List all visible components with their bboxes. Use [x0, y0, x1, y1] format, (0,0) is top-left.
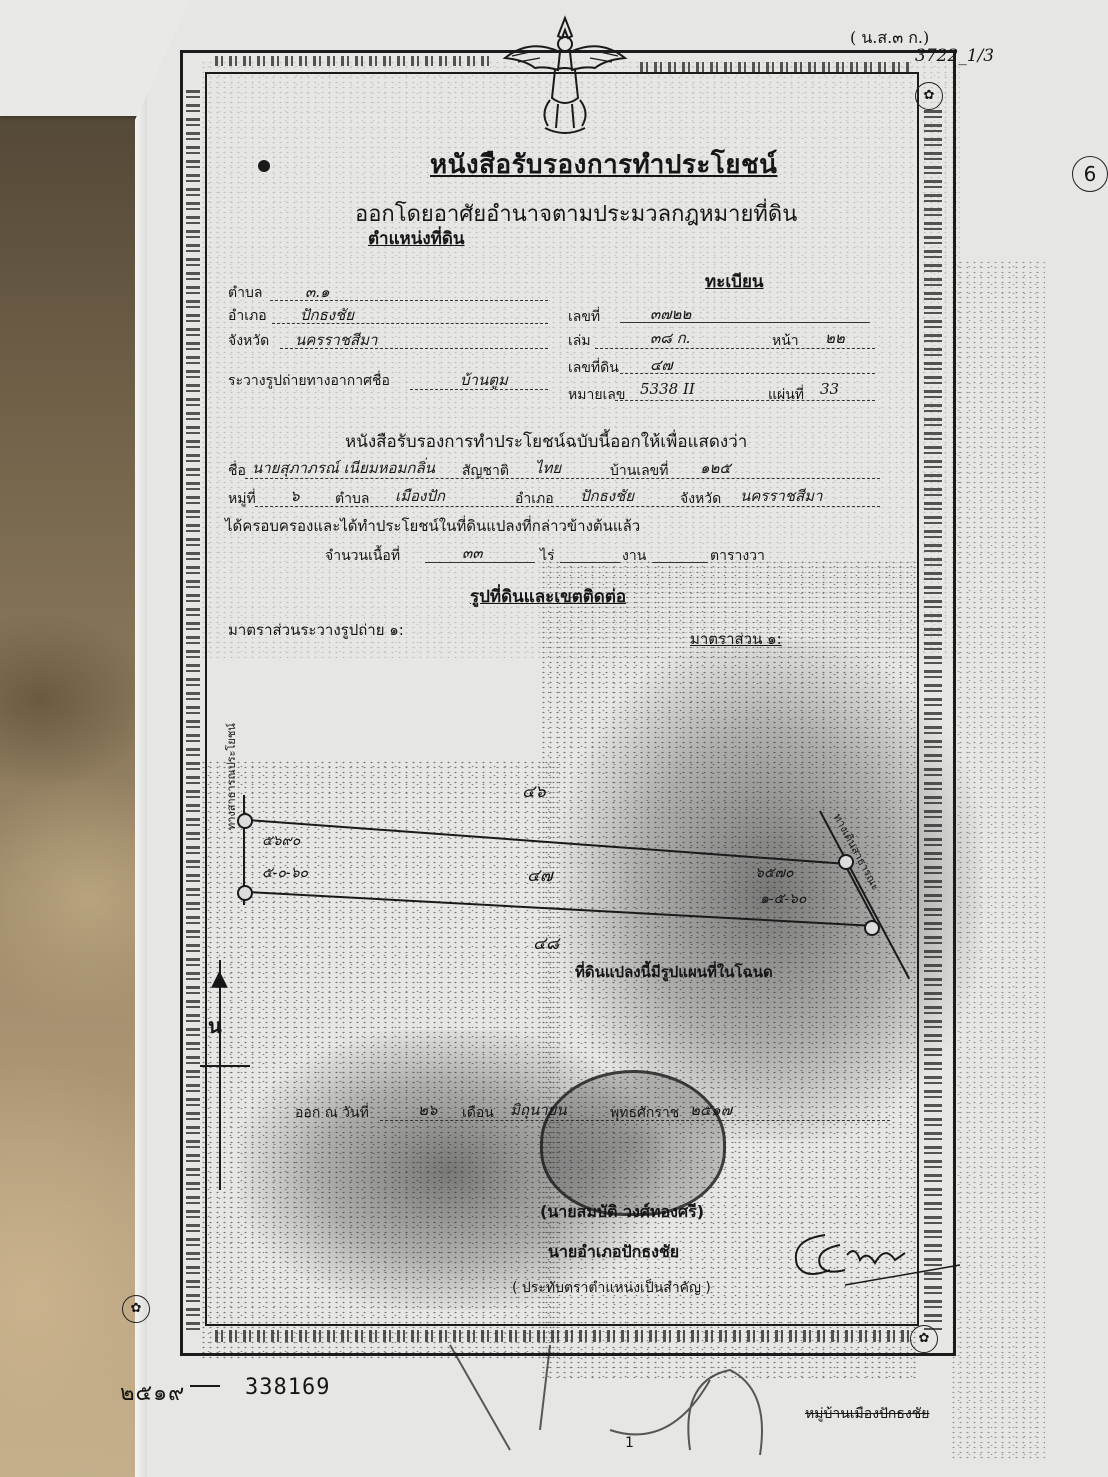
- issued-date-label: ออก ณ วันที่: [295, 1102, 369, 1124]
- page-mark-circle: 6: [1072, 156, 1108, 192]
- bullet-dot: [258, 160, 270, 172]
- map-scale-label: มาตราส่วน ๑:: [690, 627, 782, 651]
- square-wa-label: ตารางวา: [710, 545, 765, 567]
- tambon-label: ตำบล: [228, 282, 262, 304]
- north-arrow-shaft: [219, 960, 221, 1190]
- fill-line: [652, 562, 708, 563]
- reg-number-label: เลขที่: [568, 306, 600, 328]
- boundary-marker-icon: [237, 885, 253, 901]
- border-ornament-left: [186, 90, 200, 1330]
- fill-line: [280, 348, 548, 349]
- province-label: จังหวัด: [228, 330, 269, 352]
- name-label: ชื่อ: [228, 460, 246, 482]
- left-note-2: ๕-๐-๖๐: [262, 862, 308, 884]
- possession-statement: ได้ครอบครองและได้ทำประโยชน์ในที่ดินแปลงท…: [225, 514, 640, 538]
- land-location-heading: ตำแหน่งที่ดิน: [368, 225, 465, 252]
- map-remark: ที่ดินแปลงนี้มีรูปแผนที่ในโฉนด: [575, 960, 773, 984]
- corner-seal-icon: ✿: [915, 82, 943, 110]
- sheet-number-label: แผ่นที่: [768, 384, 804, 406]
- book-value: ๓๘ ก.: [650, 326, 690, 350]
- parcel-center-number: ๔๗: [527, 862, 553, 889]
- boundary-marker-icon: [864, 920, 880, 936]
- map-heading: รูปที่ดินและเขตติดต่อ: [470, 583, 626, 610]
- fill-line: [272, 323, 548, 324]
- border-ornament-top: [215, 56, 495, 66]
- holder-name: นายสุภาภรณ์ เนียมหอมกลิ่น: [252, 456, 435, 480]
- ngan-label: งาน: [622, 545, 646, 567]
- file-reference: 3722_1/3: [915, 46, 994, 66]
- right-note-1: ๖๕๗๐: [755, 862, 794, 884]
- serial-prefix: ๒๕๑๙: [120, 1375, 185, 1410]
- north-arrow-icon: ▲: [211, 965, 228, 991]
- north-label: น: [208, 1010, 222, 1042]
- fill-line: [245, 478, 880, 479]
- pen-marks: [430, 1340, 790, 1460]
- cert-tambon-value: เมืองปัก: [395, 484, 445, 508]
- fill-line: [620, 322, 870, 323]
- right-note-2: ๑-๕-๖๐: [760, 888, 806, 910]
- signature-scribble: [785, 1225, 965, 1305]
- corner-seal-icon: ✿: [122, 1295, 150, 1323]
- fill-line: [620, 373, 875, 374]
- serial-number: 338169: [245, 1375, 330, 1400]
- certification-intro: หนังสือรับรองการทำประโยชน์ฉบับนี้ออกให้เ…: [345, 428, 747, 455]
- area-label: จำนวนเนื้อที่: [325, 545, 400, 567]
- sheet-code-value: 5338 II: [640, 380, 695, 398]
- nationality-value: ไทย: [535, 456, 561, 480]
- sheet-number-value: 33: [820, 380, 839, 398]
- west-road-label: ทางสาธารณประโยชน์: [222, 723, 240, 830]
- fill-line: [255, 506, 880, 507]
- land-number-label: เลขที่ดิน: [568, 357, 619, 379]
- fill-line: [595, 348, 875, 349]
- cert-province-value: นครราชสีมา: [740, 484, 822, 508]
- seal-note: ( ประทับตราตำแหน่งเป็นสำคัญ ): [512, 1277, 711, 1299]
- fill-line: [615, 400, 875, 401]
- area-rai-value: ๓๓: [462, 541, 483, 565]
- house-number-value: ๑๒๕: [700, 456, 731, 480]
- corner-seal-icon: ✿: [910, 1325, 938, 1353]
- officer-title: นายอำเภอปักธงชัย: [548, 1240, 679, 1265]
- moo-value: ๖: [290, 484, 300, 508]
- book-label: เล่ม: [568, 330, 591, 352]
- sheet-code-label: หมายเลข: [568, 384, 625, 406]
- north-arrow-crossbar: [200, 1065, 250, 1067]
- parcel-north-number: ๔๖: [522, 778, 546, 805]
- issued-day: ๒๖: [418, 1098, 437, 1122]
- left-note-1: ๕๖๙๐: [262, 830, 300, 852]
- parcel-south-number: ๔๘: [533, 930, 559, 957]
- officer-name: (นายสมบัติ วงศ์ทองศรี): [540, 1200, 704, 1225]
- photo-scale-label: มาตราส่วนระวางรูปถ่าย ๑:: [228, 618, 404, 642]
- page-value: ๒๒: [825, 326, 845, 350]
- fill-line: [410, 389, 548, 390]
- border-ornament-right: [924, 110, 942, 1330]
- serial-dash: [190, 1385, 220, 1387]
- moo-label: หมู่ที่: [228, 488, 256, 510]
- bottom-right-note: หมู่บ้านเมืองปักธงชัย: [805, 1403, 929, 1425]
- border-ornament-top: [640, 62, 910, 72]
- cert-amphoe-value: ปักธงชัย: [580, 484, 634, 508]
- official-seal-icon: [540, 1070, 726, 1216]
- aerial-sheet-label: ระวางรูปถ่ายทางอากาศชื่อ: [228, 370, 390, 392]
- rai-label: ไร่: [540, 545, 555, 567]
- fill-line: [270, 300, 548, 301]
- paper-edge: [135, 0, 147, 1477]
- registration-heading: ทะเบียน: [705, 268, 764, 295]
- fill-line: [560, 562, 620, 563]
- garuda-emblem-icon: [500, 8, 630, 138]
- amphoe-label: อำเภอ: [228, 305, 267, 327]
- certificate-title: หนังสือรับรองการทำประโยชน์: [430, 144, 777, 185]
